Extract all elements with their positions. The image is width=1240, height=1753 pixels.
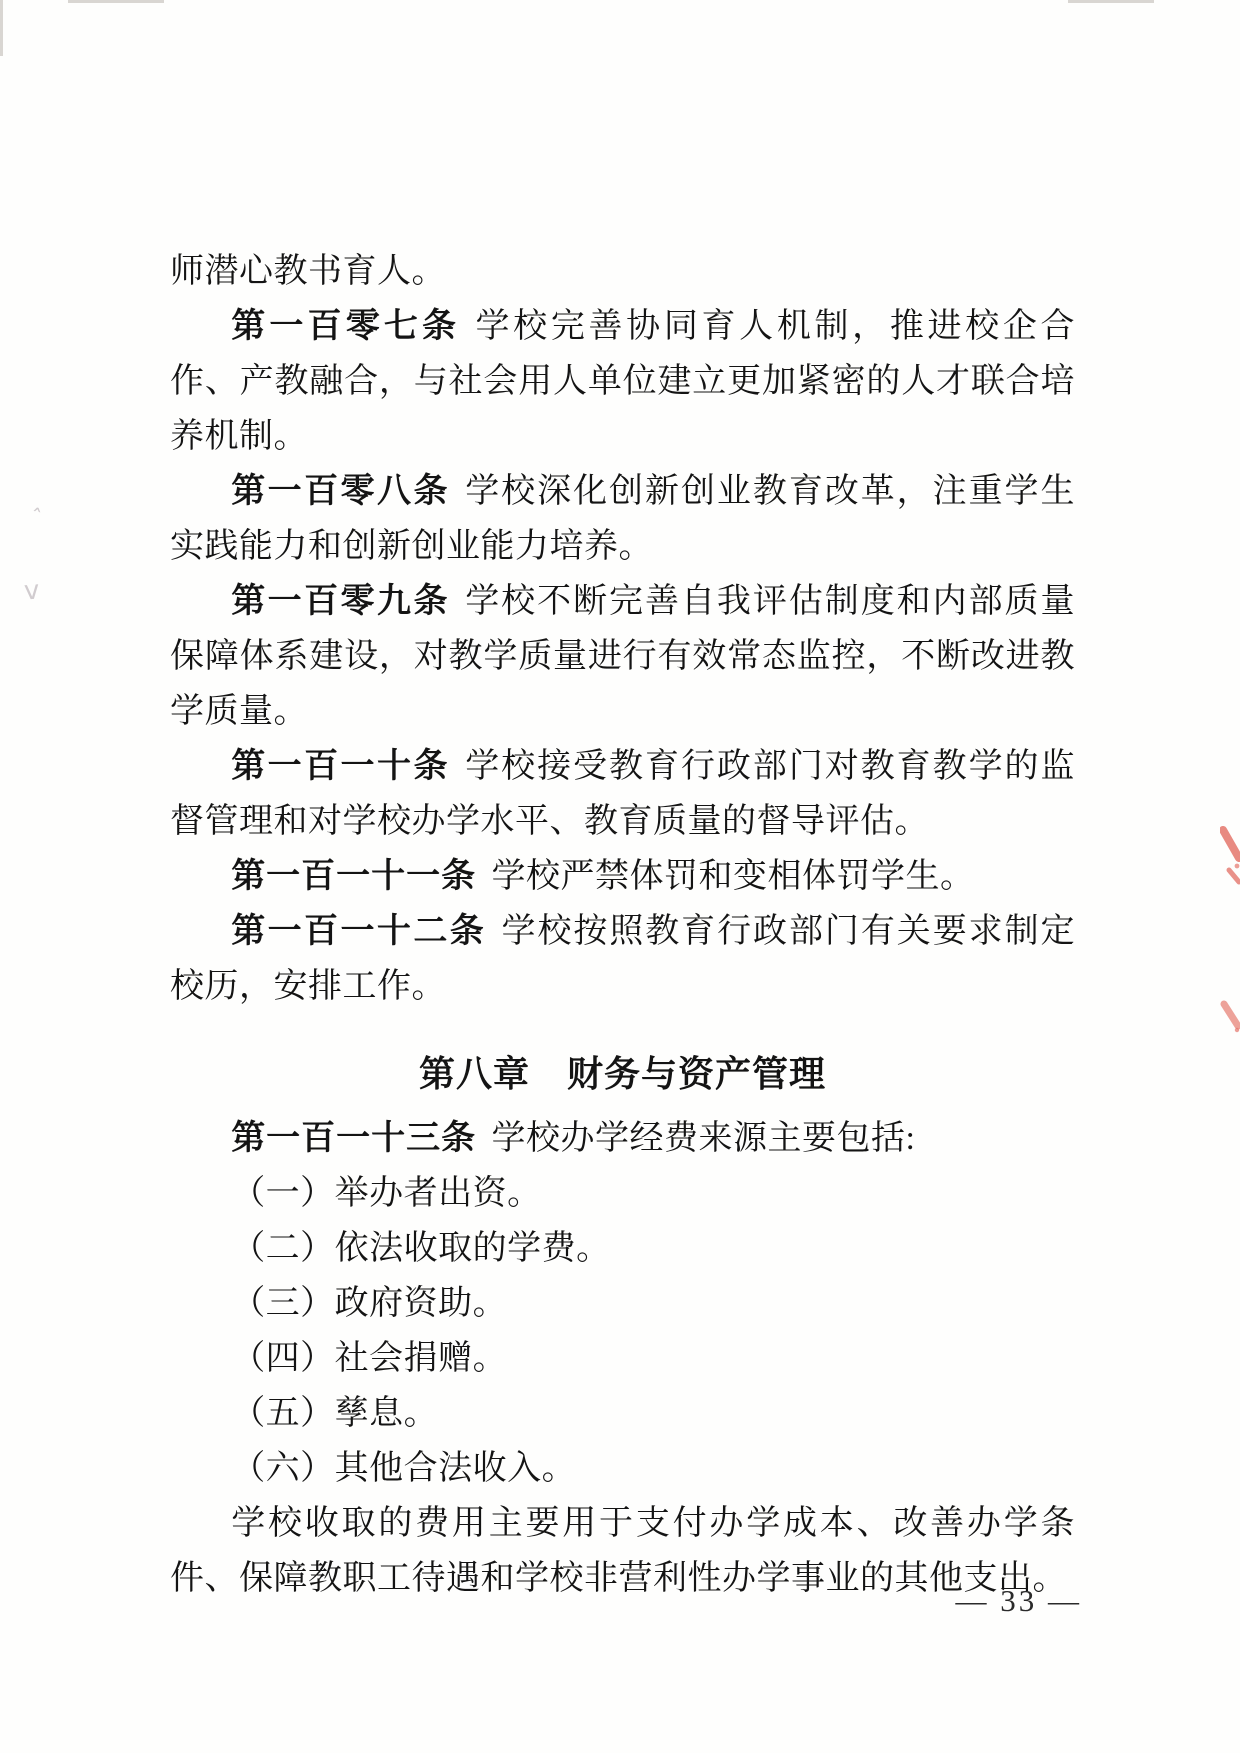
paragraph: 师潜心教书育人。 [170, 244, 1075, 299]
red-stamp-fragment-icon [1220, 996, 1240, 1036]
article-number: 第一百一十条 [231, 747, 450, 785]
paragraph: （六）其他合法收入。 [170, 1441, 1075, 1496]
scan-edge-artifact [1068, 0, 1154, 3]
paragraph-text: 学校办学经费来源主要包括: [491, 1120, 915, 1157]
paragraph-text: 学校收取的费用主要用于支付办学成本、改善办学条件、保障教职工待遇和学校非营利性办… [170, 1505, 1075, 1597]
paragraph: 第一百一十三条学校办学经费来源主要包括: [170, 1111, 1075, 1166]
paragraph-text: （三）政府资助。 [231, 1285, 507, 1322]
pencil-margin-mark: v [23, 575, 40, 606]
paragraph: （四）社会捐赠。 [170, 1331, 1075, 1386]
page-number: — 33 — [956, 1583, 1083, 1619]
paragraph-text: 第八章 财务与资产管理 [419, 1053, 826, 1094]
paragraph: （三）政府资助。 [170, 1276, 1075, 1331]
paragraph: （一）举办者出资。 [170, 1166, 1075, 1221]
paragraph: 第一百一十条学校接受教育行政部门对教育教学的监督管理和对学校办学水平、教育质量的… [170, 739, 1075, 849]
paragraph: 第一百零九条学校不断完善自我评估制度和内部质量保障体系建设，对教学质量进行有效常… [170, 574, 1075, 739]
paragraph: 第一百零八条学校深化创新创业教育改革，注重学生实践能力和创新创业能力培养。 [170, 464, 1075, 574]
red-stamp-fragment-icon [1220, 826, 1240, 888]
paragraph: 学校收取的费用主要用于支付办学成本、改善办学条件、保障教职工待遇和学校非营利性办… [170, 1496, 1075, 1606]
article-number: 第一百零八条 [231, 472, 450, 510]
document-body: 师潜心教书育人。第一百零七条学校完善协同育人机制，推进校企合作、产教融合，与社会… [170, 244, 1075, 1606]
paragraph-text: 师潜心教书育人。 [170, 253, 446, 290]
paragraph-text: （六）其他合法收入。 [231, 1450, 576, 1487]
paragraph-text: 学校严禁体罚和变相体罚学生。 [491, 858, 974, 895]
paragraph: 第一百零七条学校完善协同育人机制，推进校企合作、产教融合，与社会用人单位建立更加… [170, 299, 1075, 464]
scan-edge-artifact [68, 0, 164, 3]
article-number: 第一百一十一条 [231, 857, 476, 895]
scanned-document-page: ˆ v 师潜心教书育人。第一百零七条学校完善协同育人机制，推进校企合作、产教融合… [0, 0, 1240, 1753]
paragraph: 第一百一十一条学校严禁体罚和变相体罚学生。 [170, 849, 1075, 904]
paragraph-text: （一）举办者出资。 [231, 1175, 542, 1212]
paragraph-text: （二）依法收取的学费。 [231, 1230, 611, 1267]
paragraph: （二）依法收取的学费。 [170, 1221, 1075, 1276]
paragraph: （五）孳息。 [170, 1386, 1075, 1441]
paragraph-text: （五）孳息。 [231, 1395, 438, 1432]
article-number: 第一百一十三条 [231, 1119, 476, 1157]
scan-edge-artifact [0, 0, 3, 56]
pencil-margin-mark: ˆ [28, 505, 44, 532]
paragraph: 第八章 财务与资产管理 [170, 1046, 1075, 1101]
article-number: 第一百零七条 [231, 307, 460, 345]
paragraph-text: （四）社会捐赠。 [231, 1340, 507, 1377]
article-number: 第一百一十二条 [231, 912, 486, 950]
article-number: 第一百零九条 [231, 582, 450, 620]
paragraph: 第一百一十二条学校按照教育行政部门有关要求制定校历，安排工作。 [170, 904, 1075, 1014]
